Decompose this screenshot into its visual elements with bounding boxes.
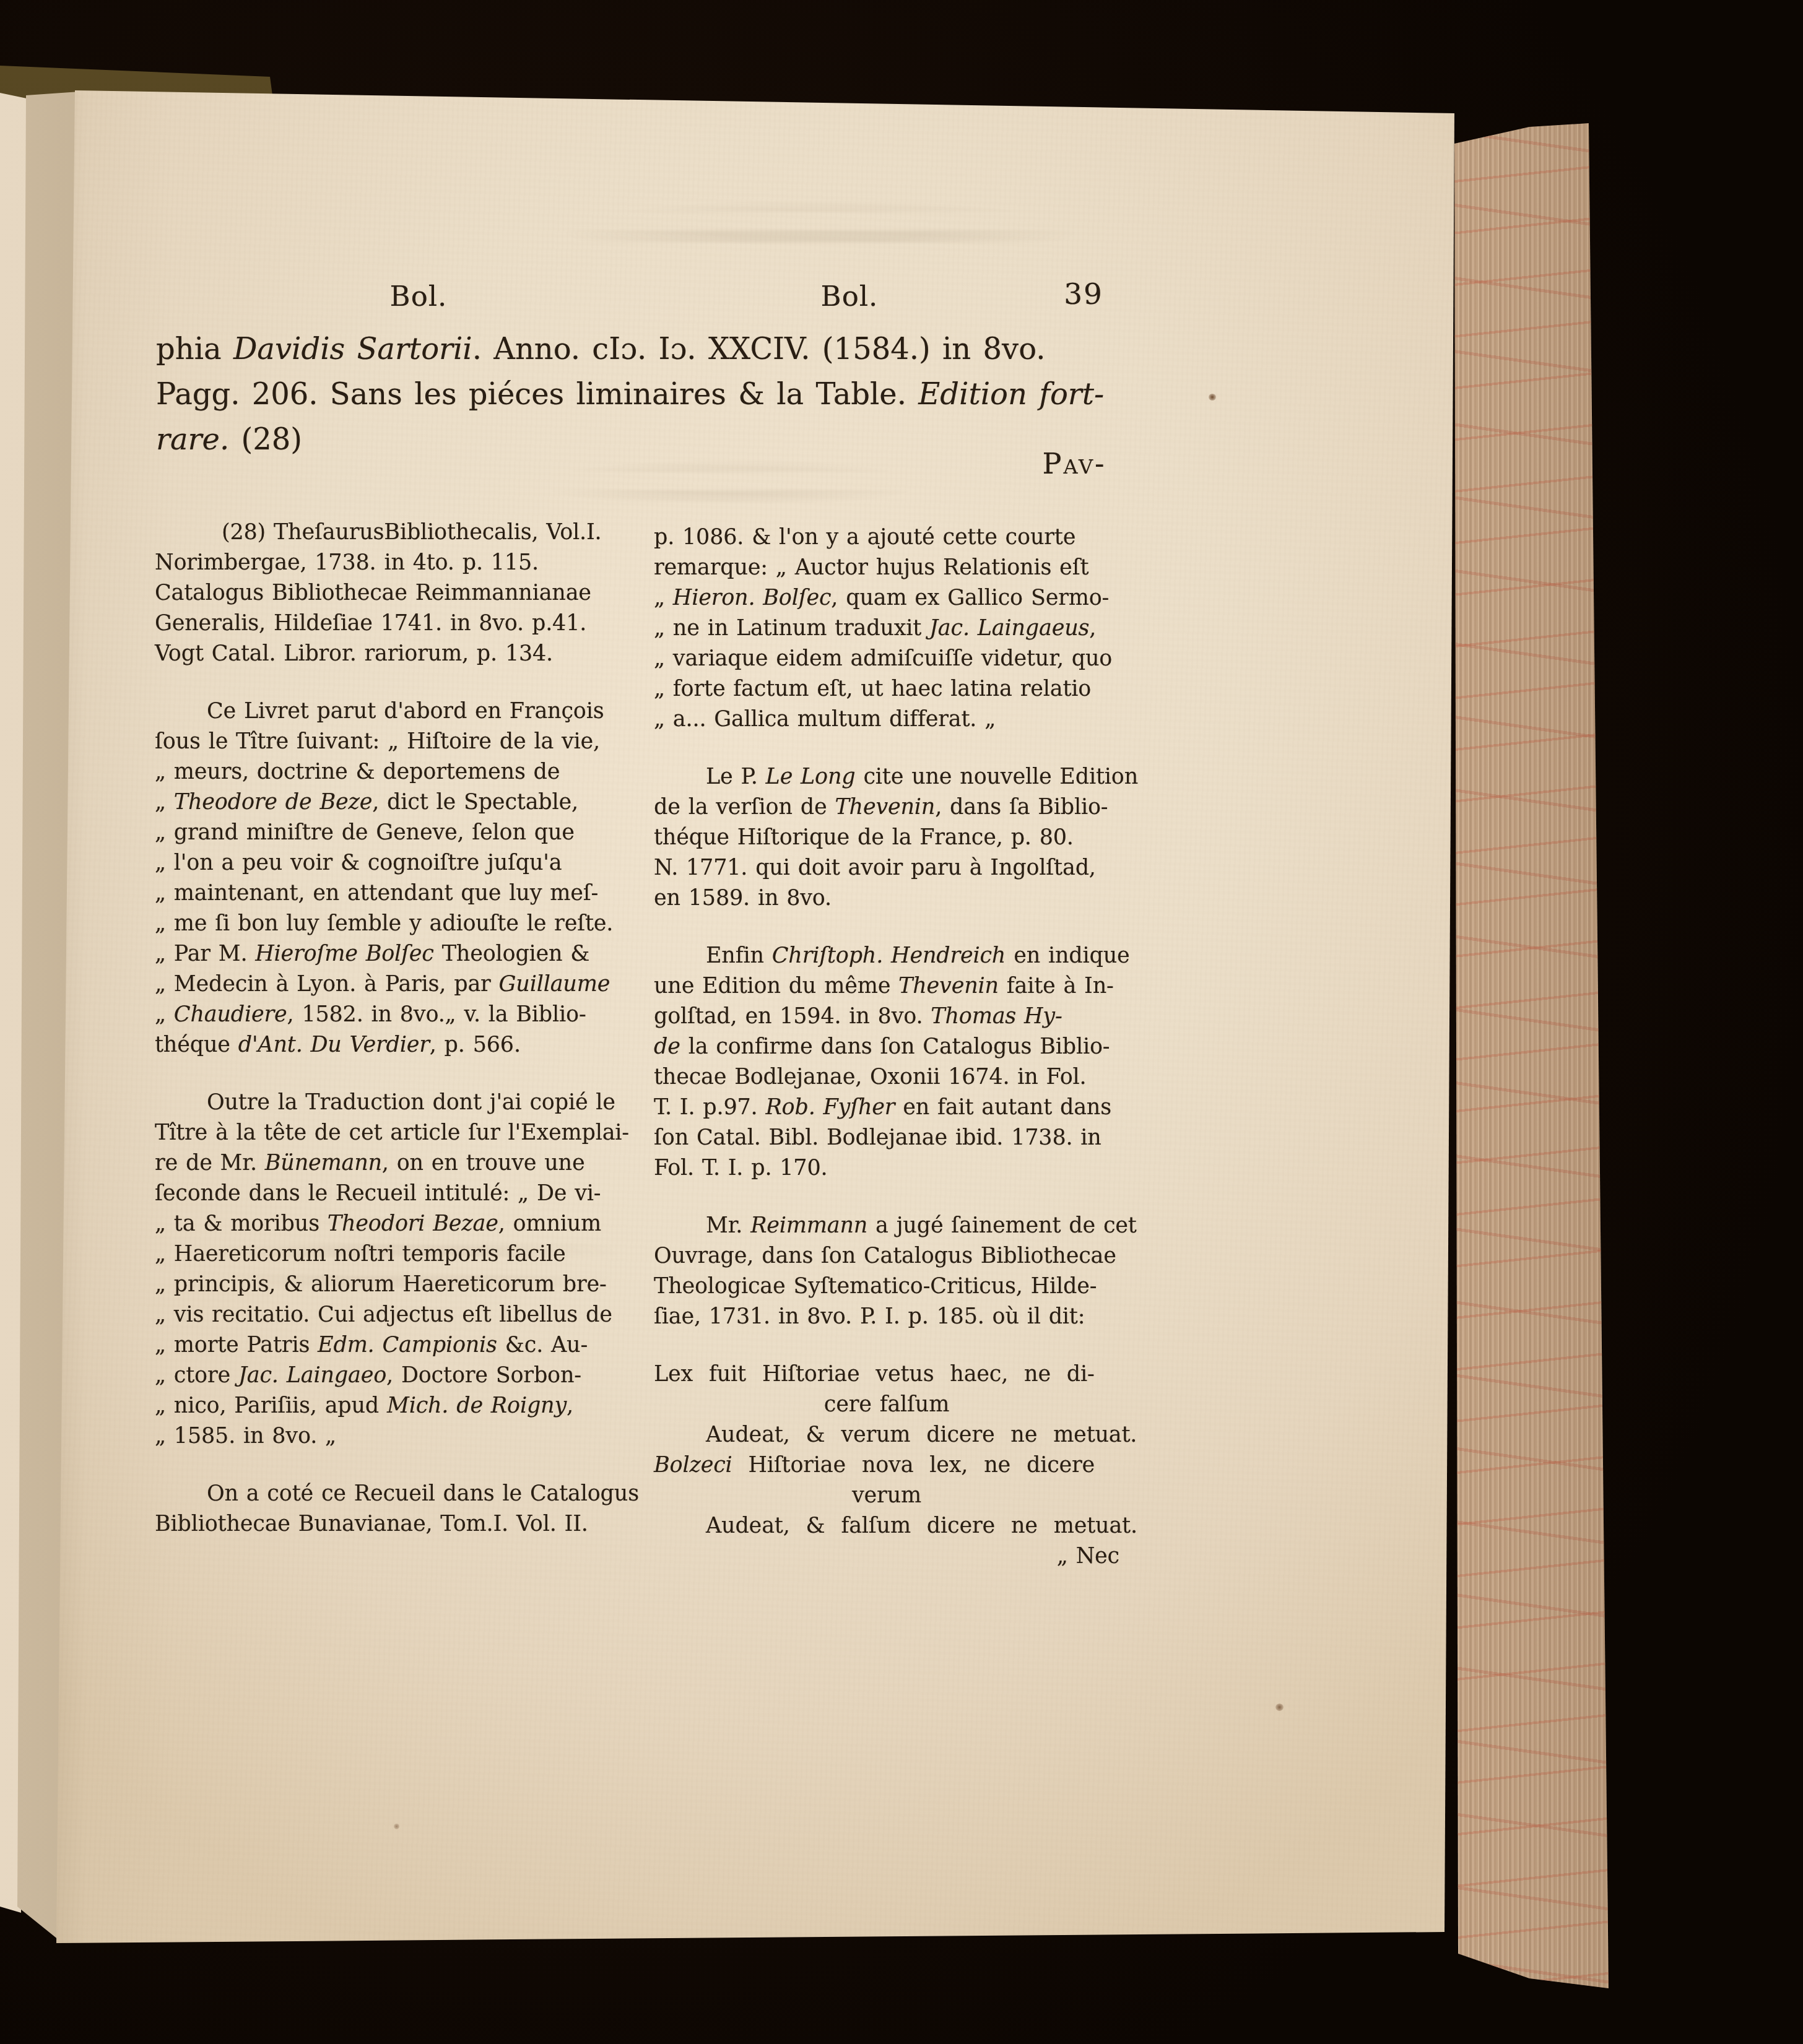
italic-text: Thevenin <box>835 795 935 820</box>
text-line: Tître à la tête de cet article ſur l'Exe… <box>155 1118 628 1148</box>
roman-text: „ maintenant, en attendant que luy meſ- <box>155 881 598 906</box>
roman-text: Enfin <box>706 943 772 968</box>
italic-text: Hieroſme Bolſec <box>255 942 433 966</box>
paragraph: phia Davidis Sartorii. Anno. cIɔ. Iɔ. XX… <box>156 327 1122 462</box>
text-line: Vogt Catal. Libror. rariorum, p. 134. <box>155 639 628 669</box>
paragraph: p. 1086. & l'on y a ajouté cette courter… <box>654 522 1119 735</box>
intro-text: phia Davidis Sartorii. Anno. cIɔ. Iɔ. XX… <box>156 327 1122 462</box>
text-line: verum <box>654 1481 1119 1511</box>
text-line: ſon Catal. Bibl. Bodlejanae ibid. 1738. … <box>654 1123 1119 1153</box>
roman-text: „ variaque eidem admiſcuiſſe videtur, qu… <box>654 646 1112 671</box>
text-line: „ grand miniſtre de Geneve, ſelon que <box>155 818 628 848</box>
fox-spot <box>1209 394 1216 401</box>
text-line: en 1589. in 8vo. <box>654 883 1119 914</box>
roman-text: „ vis recitatio. Cui adjectus eſt libell… <box>155 1302 612 1327</box>
paragraph: Outre la Traduction dont j'ai copié leTî… <box>155 1088 628 1452</box>
roman-text: , dict le Spectable, <box>372 790 578 815</box>
text-line: N. 1771. qui doit avoir paru à Ingolſtad… <box>654 853 1119 883</box>
text-line: „ forte factum eſt, ut haec latina relat… <box>654 674 1119 704</box>
text-line: (28) TheſaurusBibliothecalis, Vol.I. <box>155 517 628 548</box>
text-line: „ Hieron. Bolſec, quam ex Gallico Sermo- <box>654 583 1119 613</box>
roman-text: „ ne in Latinum traduxit <box>654 616 929 641</box>
roman-text: p. 1086. & l'on y a ajouté cette courte <box>654 525 1075 550</box>
text-line: „ Theodore de Beze, dict le Spectable, <box>155 787 628 818</box>
text-line: p. 1086. & l'on y a ajouté cette courte <box>654 522 1119 553</box>
italic-text: Reimmann <box>750 1213 867 1238</box>
italic-text: Thomas Hy- <box>931 1004 1062 1029</box>
text-line: Bibliothecae Bunavianae, Tom.I. Vol. II. <box>155 1509 628 1539</box>
roman-text: phia <box>156 332 233 366</box>
paragraph: (28) TheſaurusBibliothecalis, Vol.I.Nori… <box>155 517 628 669</box>
roman-text: Ouvrage, dans ſon Catalogus Bibliothecae <box>654 1244 1116 1268</box>
italic-text: Le Long <box>766 764 856 789</box>
text-line: „ Nec <box>654 1541 1119 1572</box>
text-line: ſeconde dans le Recueil intitulé: „ De v… <box>155 1179 628 1209</box>
roman-text: „ Par M. <box>155 942 255 966</box>
roman-text: On a coté ce Recueil dans le Catalogus <box>207 1481 639 1506</box>
roman-text: T. I. p.97. <box>654 1095 765 1120</box>
italic-text: de <box>654 1034 680 1059</box>
text-line: Audeat, & falſum dicere ne metuat. <box>654 1511 1119 1541</box>
running-head-center: Bol. <box>800 280 899 313</box>
fox-spot <box>394 1824 399 1829</box>
roman-text: , dans ſa Biblio- <box>935 795 1108 820</box>
text-line: „ me ſi bon luy ſemble y adiouſte le reſ… <box>155 909 628 939</box>
text-line: Ouvrage, dans ſon Catalogus Bibliothecae <box>654 1241 1119 1271</box>
roman-text: cere falſum <box>824 1392 949 1417</box>
roman-text: de la verſion de <box>654 795 835 820</box>
roman-text: „ <box>155 790 174 815</box>
roman-text: „ ctore <box>155 1363 238 1388</box>
roman-text: en indique <box>1006 943 1129 968</box>
italic-text: Rob. Fyſher <box>765 1095 895 1120</box>
roman-text: ſeconde dans le Recueil intitulé: „ De v… <box>155 1181 601 1206</box>
left-column: (28) TheſaurusBibliothecalis, Vol.I.Nori… <box>155 517 628 1539</box>
text-line: de la verſion de Thevenin, dans ſa Bibli… <box>654 792 1119 823</box>
roman-text: , 1582. in 8vo.„ v. la Biblio- <box>287 1002 586 1027</box>
roman-text: „ a... Gallica multum differat. „ <box>654 707 996 732</box>
roman-text: Norimbergae, 1738. in 4to. p. 115. <box>155 550 539 575</box>
text-line: Catalogus Bibliothecae Reimmannianae <box>155 578 628 608</box>
text-line: Outre la Traduction dont j'ai copié le <box>155 1088 628 1118</box>
text-line: de la confirme dans ſon Catalogus Biblio… <box>654 1032 1119 1062</box>
text-line: On a coté ce Recueil dans le Catalogus <box>155 1479 628 1509</box>
text-line: Ce Livret parut d'abord en François <box>155 696 628 727</box>
text-line: „ vis recitatio. Cui adjectus eſt libell… <box>155 1300 628 1330</box>
paragraph: Ce Livret parut d'abord en Françoisſous … <box>155 696 628 1060</box>
roman-text: Ce Livret parut d'abord en François <box>207 699 604 724</box>
text-line: „ Par M. Hieroſme Bolſec Theologien & <box>155 939 628 969</box>
text-line: théque d'Ant. Du Verdier, p. 566. <box>155 1030 628 1060</box>
italic-text: Theodore de Beze <box>174 790 372 815</box>
text-line: rare. (28) <box>156 417 1122 462</box>
text-line: Generalis, Hildeſiae 1741. in 8vo. p.41. <box>155 608 628 639</box>
text-line: Mr. Reimmann a jugé ſainement de cet <box>654 1211 1119 1241</box>
roman-text: Fol. T. I. p. 170. <box>654 1156 827 1180</box>
roman-text: „ nico, Pariſiis, apud <box>155 1393 387 1418</box>
roman-text: Vogt Catal. Libror. rariorum, p. 134. <box>155 641 553 666</box>
italic-text: Mich. de Roigny <box>387 1393 567 1418</box>
roman-text: faite à In- <box>999 974 1114 998</box>
roman-text: Bibliothecae Bunavianae, Tom.I. Vol. II. <box>155 1512 588 1536</box>
paragraph: Mr. Reimmann a jugé ſainement de cetOuvr… <box>654 1211 1119 1332</box>
page-number: 39 <box>1015 277 1103 311</box>
roman-text: une Edition du même <box>654 974 898 998</box>
roman-text: golſtad, en 1594. in 8vo. <box>654 1004 931 1029</box>
italic-text: d'Ant. Du Verdier <box>238 1033 430 1057</box>
italic-text: Jac. Laingaeo <box>238 1363 386 1388</box>
text-line: remarque: „ Auctor hujus Relationis eſt <box>654 553 1119 583</box>
roman-text: , p. 566. <box>430 1033 521 1057</box>
roman-text: N. 1771. qui doit avoir paru à Ingolſtad… <box>654 855 1096 880</box>
fox-spot <box>1275 1704 1284 1711</box>
roman-text: „ Nec <box>1057 1544 1119 1569</box>
roman-text: Theologicae Syſtematico-Criticus, Hilde- <box>654 1274 1097 1299</box>
text-line: ſiae, 1731. in 8vo. P. I. p. 185. où il … <box>654 1302 1119 1332</box>
roman-text: , on en trouve une <box>382 1151 585 1176</box>
text-line: „ 1585. in 8vo. „ <box>155 1421 628 1452</box>
roman-text: en 1589. in 8vo. <box>654 886 832 911</box>
roman-text: „ forte factum eſt, ut haec latina relat… <box>654 677 1091 701</box>
roman-text: „ principis, & aliorum Haereticorum bre- <box>155 1272 607 1297</box>
roman-text: „ 1585. in 8vo. „ <box>155 1424 336 1449</box>
roman-text: „ morte Patris <box>155 1333 318 1358</box>
photo-background: Bol. Bol. 39 phia Davidis Sartorii. Anno… <box>0 0 1803 2044</box>
text-line: Le P. Le Long cite une nouvelle Edition <box>654 762 1119 792</box>
roman-text: Generalis, Hildeſiae 1741. in 8vo. p.41. <box>155 611 586 636</box>
paragraph: Enfin Chriſtoph. Hendreich en indiqueune… <box>654 941 1119 1184</box>
italic-text: Jac. Laingaeus <box>929 616 1089 641</box>
text-line: Bolzeci Hiſtoriae nova lex, ne dicere <box>654 1450 1119 1481</box>
roman-text: en fait autant dans <box>895 1095 1111 1120</box>
text-line: ſous le Tître ſuivant: „ Hiſtoire de la … <box>155 727 628 757</box>
paragraph: Lex fuit Hiſtoriae vetus haec, ne di-cer… <box>654 1359 1119 1572</box>
roman-text: Audeat, & falſum dicere ne metuat. <box>706 1514 1137 1538</box>
italic-text: Davidis Sartorii <box>233 332 472 366</box>
roman-text: „ Medecin à Lyon. à Paris, par <box>155 972 499 997</box>
roman-text: ſous le Tître ſuivant: „ Hiſtoire de la … <box>155 729 600 754</box>
roman-text: . Anno. cIɔ. Iɔ. XXCIV. (1584.) in 8vo. <box>472 332 1046 366</box>
text-line: Lex fuit Hiſtoriae vetus haec, ne di- <box>654 1359 1119 1390</box>
roman-text: „ meurs, doctrine & deportemens de <box>155 760 560 784</box>
text-line: „ l'on a peu voir & cognoiſtre juſqu'a <box>155 848 628 878</box>
roman-text: „ ta & moribus <box>155 1211 328 1236</box>
roman-text: re de Mr. <box>155 1151 265 1176</box>
text-line: „ meurs, doctrine & deportemens de <box>155 757 628 787</box>
roman-text: Lex fuit Hiſtoriae vetus haec, ne di- <box>654 1362 1095 1387</box>
text-line: „ ta & moribus Theodori Bezae, omnium <box>155 1209 628 1239</box>
paragraph: On a coté ce Recueil dans le CatalogusBi… <box>155 1479 628 1539</box>
roman-text: verum <box>852 1483 921 1508</box>
italic-text: Edition fort- <box>918 377 1104 412</box>
roman-text: Le P. <box>706 764 766 789</box>
show-through <box>557 199 1084 261</box>
text-line: Fol. T. I. p. 170. <box>654 1153 1119 1184</box>
text-line: thecae Bodlejanae, Oxonii 1674. in Fol. <box>654 1062 1119 1093</box>
roman-text: remarque: „ Auctor hujus Relationis eſt <box>654 555 1088 580</box>
roman-text: Outre la Traduction dont j'ai copié le <box>207 1090 615 1115</box>
right-column: p. 1086. & l'on y a ajouté cette courter… <box>654 522 1119 1572</box>
roman-text: „ grand miniſtre de Geneve, ſelon que <box>155 820 575 845</box>
text-line: „ ctore Jac. Laingaeo, Doctore Sorbon- <box>155 1361 628 1391</box>
text-line: „ nico, Pariſiis, apud Mich. de Roigny, <box>155 1391 628 1421</box>
roman-text: théque Hiſtorique de la France, p. 80. <box>654 825 1074 850</box>
text-line: golſtad, en 1594. in 8vo. Thomas Hy- <box>654 1002 1119 1032</box>
text-line: „ Chaudiere, 1582. in 8vo.„ v. la Biblio… <box>155 1000 628 1030</box>
text-line: „ ne in Latinum traduxit Jac. Laingaeus, <box>654 613 1119 644</box>
roman-text: , Doctore Sorbon- <box>386 1363 581 1388</box>
italic-text: Bolzeci <box>654 1453 732 1478</box>
italic-text: Thevenin <box>898 974 999 998</box>
roman-text: la confirme dans ſon Catalogus Biblio- <box>680 1034 1110 1059</box>
roman-text: ſiae, 1731. in 8vo. P. I. p. 185. où il … <box>654 1304 1085 1329</box>
italic-text: Chriſtoph. Hendreich <box>772 943 1006 968</box>
text-line: re de Mr. Bünemann, on en trouve une <box>155 1148 628 1179</box>
text-line: Norimbergae, 1738. in 4to. p. 115. <box>155 548 628 578</box>
text-line: cere falſum <box>654 1390 1119 1420</box>
roman-text: , <box>1089 616 1096 641</box>
text-line: „ principis, & aliorum Haereticorum bre- <box>155 1270 628 1300</box>
roman-text: , quam ex Gallico Sermo- <box>831 586 1109 610</box>
roman-text: , omnium <box>498 1211 601 1236</box>
roman-text: „ l'on a peu voir & cognoiſtre juſqu'a <box>155 851 562 875</box>
roman-text: Hiſtoriae nova lex, ne dicere <box>732 1453 1095 1478</box>
roman-text: , <box>567 1393 573 1418</box>
italic-text: Edm. Campionis <box>318 1333 497 1358</box>
text-line: „ a... Gallica multum differat. „ <box>654 704 1119 735</box>
text-line: „ morte Patris Edm. Campionis &c. Au- <box>155 1330 628 1361</box>
italic-text: rare. <box>156 422 229 457</box>
running-head-left: Bol. <box>369 280 468 313</box>
roman-text: Catalogus Bibliothecae Reimmannianae <box>155 581 591 605</box>
roman-text: Pagg. 206. Sans les piéces liminaires & … <box>156 377 918 412</box>
italic-text: Theodori Bezae <box>328 1211 498 1236</box>
roman-text: ſon Catal. Bibl. Bodlejanae ibid. 1738. … <box>654 1125 1101 1150</box>
italic-text: Chaudiere <box>174 1002 287 1027</box>
text-line: théque Hiſtorique de la France, p. 80. <box>654 823 1119 853</box>
text-line: T. I. p.97. Rob. Fyſher en fait autant d… <box>654 1093 1119 1123</box>
roman-text: cite une nouvelle Edition <box>856 764 1138 789</box>
text-line: „ maintenant, en attendant que luy meſ- <box>155 878 628 909</box>
italic-text: Guillaume <box>499 972 610 997</box>
text-line: Theologicae Syſtematico-Criticus, Hilde- <box>654 1271 1119 1302</box>
roman-text: thecae Bodlejanae, Oxonii 1674. in Fol. <box>654 1065 1087 1089</box>
text-line: une Edition du même Thevenin faite à In- <box>654 971 1119 1002</box>
roman-text: „ <box>654 586 673 610</box>
italic-text: Bünemann <box>265 1151 382 1176</box>
text-line: Pagg. 206. Sans les piéces liminaires & … <box>156 372 1122 417</box>
catchword: Pav- <box>1022 447 1127 480</box>
show-through <box>532 459 929 508</box>
text-line: „ Medecin à Lyon. à Paris, par Guillaume <box>155 969 628 1000</box>
text-line: phia Davidis Sartorii. Anno. cIɔ. Iɔ. XX… <box>156 327 1122 372</box>
italic-text: Hieron. Bolſec <box>673 586 831 610</box>
roman-text: (28) TheſaurusBibliothecalis, Vol.I. <box>222 520 602 545</box>
text-line: Enfin Chriſtoph. Hendreich en indique <box>654 941 1119 971</box>
roman-text: Audeat, & verum dicere ne metuat. <box>706 1423 1137 1447</box>
paragraph: Le P. Le Long cite une nouvelle Editiond… <box>654 762 1119 914</box>
text-line: Audeat, & verum dicere ne metuat. <box>654 1420 1119 1450</box>
text-line: „ Haereticorum noſtri temporis facile <box>155 1239 628 1270</box>
roman-text: „ me ſi bon luy ſemble y adiouſte le reſ… <box>155 911 613 936</box>
roman-text: Tître à la tête de cet article ſur l'Exe… <box>155 1120 629 1145</box>
roman-text: (28) <box>229 422 302 457</box>
roman-text: „ <box>155 1002 174 1027</box>
roman-text: a jugé ſainement de cet <box>867 1213 1136 1238</box>
text-line: „ variaque eidem admiſcuiſſe videtur, qu… <box>654 644 1119 674</box>
roman-text: „ Haereticorum noſtri temporis facile <box>155 1242 566 1267</box>
roman-text: Theologien & <box>434 942 590 966</box>
roman-text: Mr. <box>706 1213 750 1238</box>
roman-text: &c. Au- <box>497 1333 588 1358</box>
roman-text: théque <box>155 1033 238 1057</box>
